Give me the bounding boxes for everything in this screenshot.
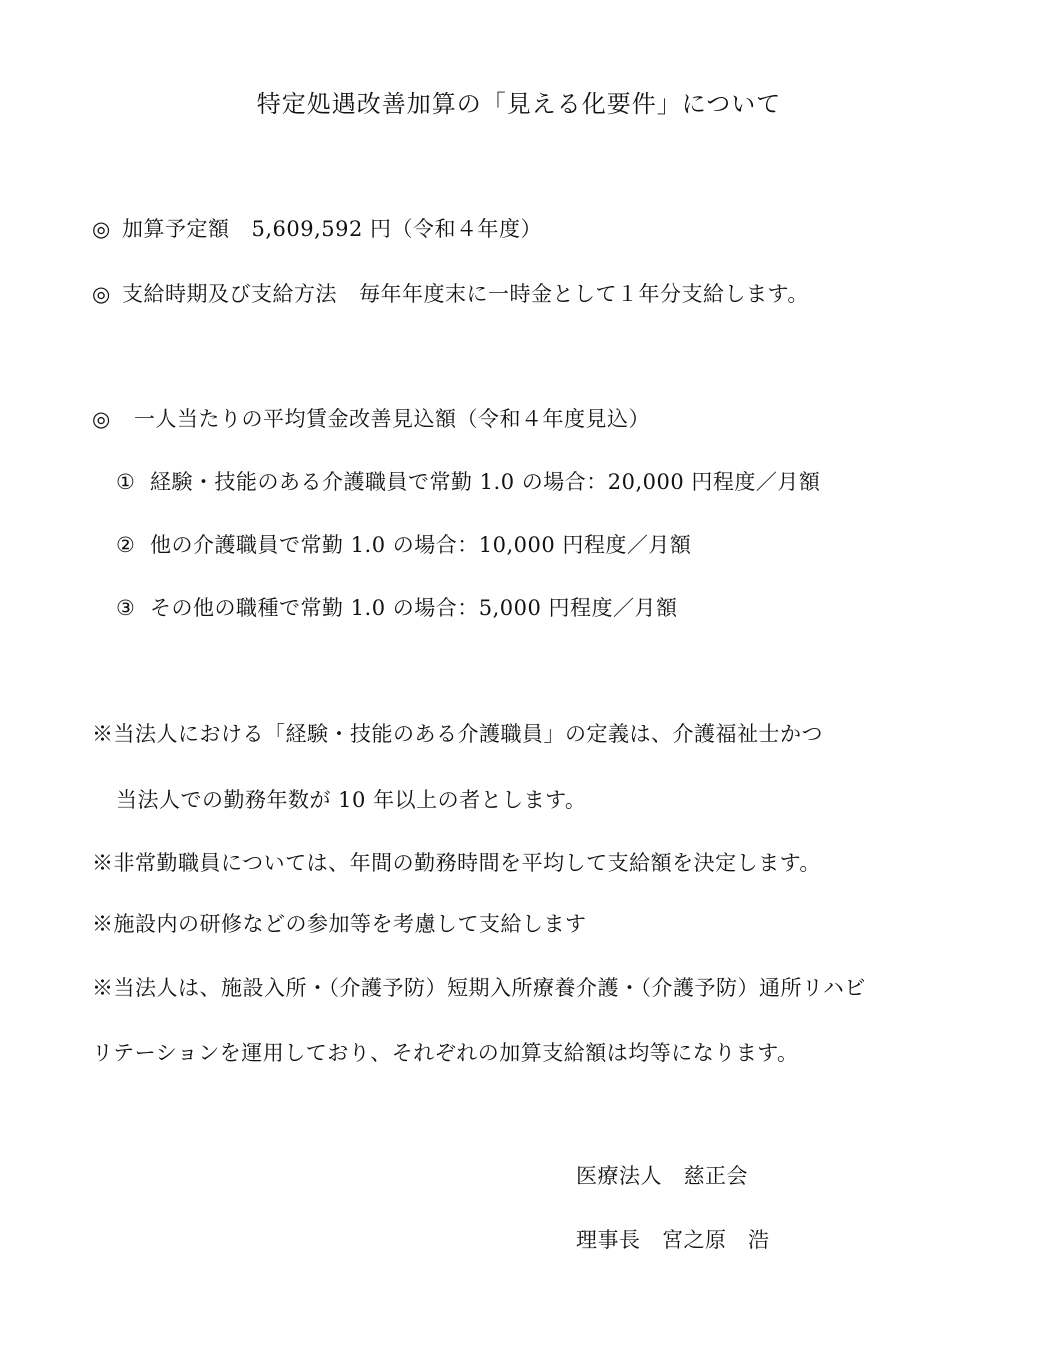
note-definition: ※当法人における「経験・技能のある介護職員」の定義は、介護福祉士かつ	[92, 720, 823, 748]
planned-amount-label: 加算予定額	[122, 217, 230, 241]
double-circle-bullet-icon: ◎	[92, 405, 134, 433]
double-circle-bullet-icon: ◎	[92, 215, 122, 243]
double-circle-bullet-icon: ◎	[92, 280, 122, 308]
note-training: ※施設内の研修などの参加等を考慮して支給します	[92, 910, 587, 938]
improvement-item-1: ①経験・技能のある介護職員で常勤 1.0 の場合：20,000 円程度／月額	[116, 468, 820, 496]
planned-amount-value: 5,609,592 円（令和４年度）	[252, 217, 543, 241]
payment-method-value: 毎年年度末に一時金として１年分支給します。	[359, 282, 809, 306]
payment-method-label: 支給時期及び支給方法	[122, 282, 337, 306]
planned-amount-line: ◎加算予定額5,609,592 円（令和４年度）	[92, 215, 542, 243]
signature-organization: 医療法人 慈正会	[576, 1162, 748, 1190]
improvement-item-text: 経験・技能のある介護職員で常勤 1.0 の場合：20,000 円程度／月額	[150, 470, 820, 494]
payment-method-line: ◎支給時期及び支給方法毎年年度末に一時金として１年分支給します。	[92, 280, 809, 308]
circled-one-marker: ①	[116, 468, 150, 496]
improvement-item-2: ②他の介護職員で常勤 1.0 の場合：10,000 円程度／月額	[116, 531, 691, 559]
circled-two-marker: ②	[116, 531, 150, 559]
circled-three-marker: ③	[116, 594, 150, 622]
improvement-item-text: その他の職種で常勤 1.0 の場合：5,000 円程度／月額	[150, 596, 678, 620]
average-improvement-heading: ◎一人当たりの平均賃金改善見込額（令和４年度見込）	[92, 405, 650, 433]
improvement-item-3: ③その他の職種で常勤 1.0 の場合：5,000 円程度／月額	[116, 594, 678, 622]
improvement-item-text: 他の介護職員で常勤 1.0 の場合：10,000 円程度／月額	[150, 533, 691, 557]
average-improvement-heading-text: 一人当たりの平均賃金改善見込額（令和４年度見込）	[134, 407, 650, 431]
note-facilities: ※当法人は、施設入所・（介護予防）短期入所療養介護・（介護予防）通所リハビ	[92, 974, 866, 1002]
note-definition-continued: 当法人での勤務年数が 10 年以上の者とします。	[116, 786, 586, 814]
signature-representative: 理事長 宮之原 浩	[576, 1226, 770, 1254]
note-part-time: ※非常勤職員については、年間の勤務時間を平均して支給額を決定します。	[92, 849, 821, 877]
note-facilities-continued: リテーションを運用しており、それぞれの加算支給額は均等になります。	[92, 1039, 799, 1067]
document-title: 特定処遇改善加算の「見える化要件」について	[0, 87, 1038, 121]
